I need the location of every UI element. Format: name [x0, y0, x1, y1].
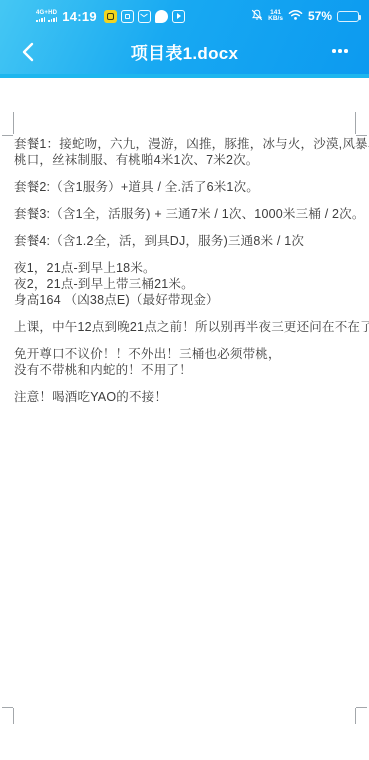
document-title: 项目表1.docx [0, 39, 369, 64]
app-header: 4G+HD 14:19 [0, 0, 369, 74]
paragraph: 套餐1：接蛇吻，六九，漫游，凶推，豚推，冰与火，沙漠,风暴、无桃口，丝袜制服、有… [14, 136, 358, 168]
bell-slash-icon [251, 9, 263, 24]
crop-mark-bottom-right [356, 707, 367, 708]
crop-mark-top-left [2, 135, 13, 136]
mail-app-icon [138, 10, 151, 23]
frame-app-icon [121, 10, 134, 23]
status-bar: 4G+HD 14:19 [0, 4, 369, 28]
crop-mark-bottom-left [2, 707, 13, 708]
document-text: 套餐1：接蛇吻，六九，漫游，凶推，豚推，冰与火，沙漠,风暴、无桃口，丝袜制服、有… [14, 136, 358, 416]
paragraph: 免开尊口不议价！！不外出！三桶也必须带桃，没有不带桃和内蛇的！不用了！ [14, 346, 358, 378]
clock-time: 14:19 [62, 9, 97, 24]
document-page[interactable]: 套餐1：接蛇吻，六九，漫游，凶推，豚推，冰与火，沙漠,风暴、无桃口，丝袜制服、有… [0, 78, 369, 760]
document-line: 套餐2:（含1服务）+道具 / 全.活了6米1次。 [14, 179, 358, 195]
speed-unit: KB/s [268, 16, 283, 23]
document-line: 身高164 （凶38点E)（最好带现金） [14, 292, 358, 308]
document-line: 套餐4:（含1.2全，活，到具DJ，服务)三通8米 / 1次 [14, 233, 358, 249]
cell-signal-icon: 4G+HD [36, 10, 57, 22]
chat-bubble-icon [155, 10, 168, 23]
battery-icon [337, 11, 359, 22]
status-right: 141 KB/s 57% [251, 9, 359, 24]
paragraph: 套餐2:（含1服务）+道具 / 全.活了6米1次。 [14, 179, 358, 195]
yellow-app-icon [104, 10, 117, 23]
network-speed: 141 KB/s [268, 10, 283, 23]
battery-percent-label: 57% [308, 9, 332, 23]
more-menu-button[interactable] [327, 40, 353, 62]
document-line: 套餐1：接蛇吻，六九，漫游，凶推，豚推，冰与火，沙漠,风暴、无 [14, 136, 358, 152]
phone-screen: 4G+HD 14:19 [0, 0, 369, 760]
document-line: 夜2，21点-到早上带三桶21米。 [14, 276, 358, 292]
document-line: 免开尊口不议价！！不外出！三桶也必须带桃， [14, 346, 358, 362]
network-type-label: 4G+HD [36, 10, 57, 16]
video-app-icon [172, 10, 185, 23]
paragraph: 套餐4:（含1.2全，活，到具DJ，服务)三通8米 / 1次 [14, 233, 358, 249]
crop-mark-top-right [355, 112, 356, 134]
crop-mark-bottom-left [13, 708, 14, 724]
document-line: 套餐3:（含1全，活服务) + 三通7米 / 1次、1000米三桶 / 2次。 [14, 206, 358, 222]
paragraph: 夜1，21点-到早上18米。夜2，21点-到早上带三桶21米。身高164 （凶3… [14, 260, 358, 308]
document-line: 上课，中午12点到晚21点之前！所以别再半夜三更还问在不在了！ [14, 319, 358, 335]
document-line: 没有不带桃和内蛇的！不用了！ [14, 362, 358, 378]
title-bar: 项目表1.docx [0, 28, 369, 74]
paragraph: 上课，中午12点到晚21点之前！所以别再半夜三更还问在不在了！ [14, 319, 358, 335]
back-button[interactable] [14, 38, 42, 66]
crop-mark-top-left [13, 112, 14, 134]
crop-mark-bottom-right [355, 708, 356, 724]
document-line: 桃口，丝袜制服、有桃啪4米1次、7米2次。 [14, 152, 358, 168]
document-line: 夜1，21点-到早上18米。 [14, 260, 358, 276]
status-left: 4G+HD 14:19 [36, 9, 185, 24]
document-line: 注意！喝酒吃YAO的不接！ [14, 389, 358, 405]
wifi-icon [288, 9, 303, 24]
notification-icons [104, 10, 185, 23]
paragraph: 注意！喝酒吃YAO的不接！ [14, 389, 358, 405]
paragraph: 套餐3:（含1全，活服务) + 三通7米 / 1次、1000米三桶 / 2次。 [14, 206, 358, 222]
